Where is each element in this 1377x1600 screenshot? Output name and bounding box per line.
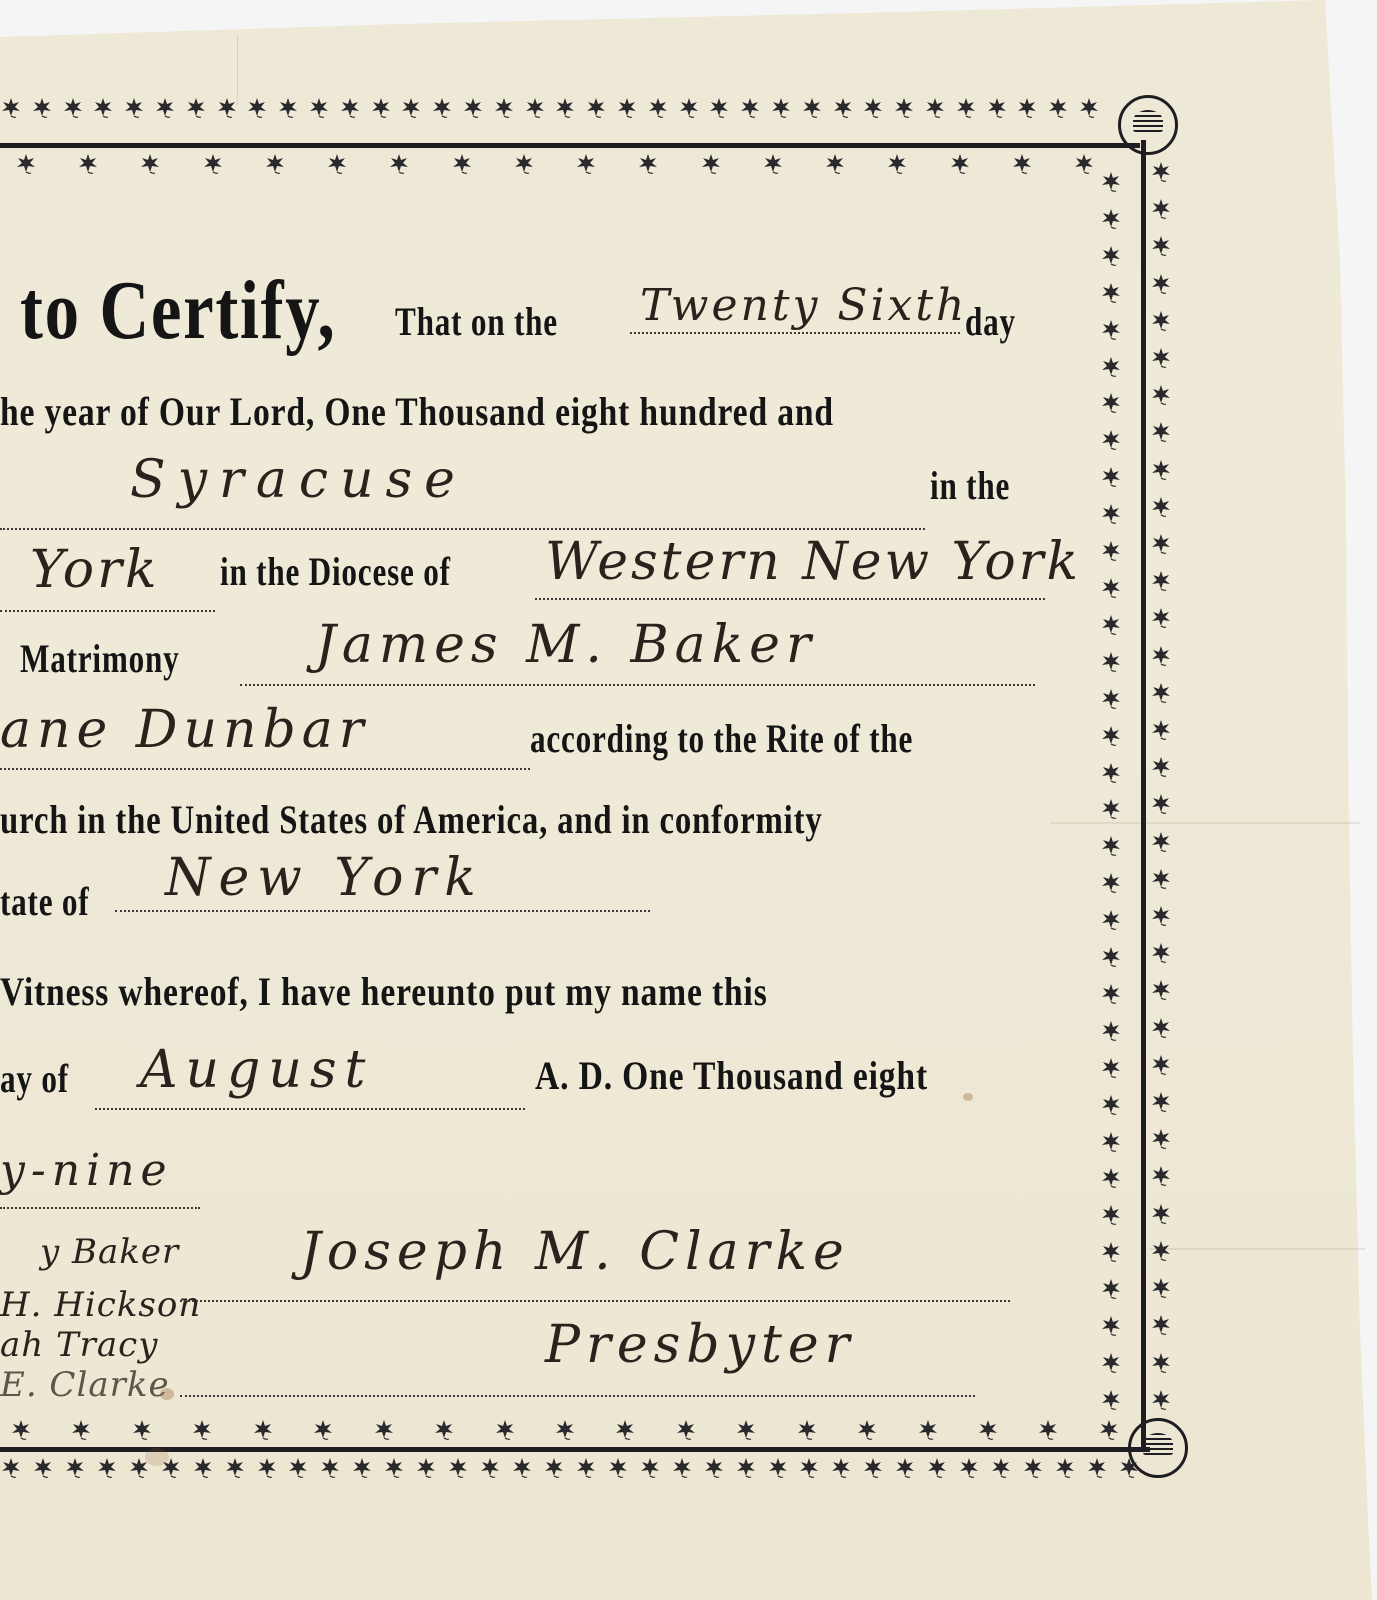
ivy-leaf-icon [216, 96, 238, 118]
ivy-leaf-icon [830, 1456, 852, 1478]
ivy-leaf-icon [893, 96, 915, 118]
ivy-leaf-icon [894, 1456, 916, 1478]
witness-signature: H. Hickson [0, 1285, 201, 1325]
fill-line [115, 910, 650, 912]
ivy-leaf-icon [1100, 613, 1122, 635]
ivy-leaf-icon [308, 96, 330, 118]
ivy-leaf-icon [678, 96, 700, 118]
ivy-leaf-icon [1100, 1019, 1122, 1041]
ivy-leaf-icon [1100, 170, 1122, 192]
fill-line [95, 1108, 525, 1110]
ivy-leaf-icon [192, 1456, 214, 1478]
ivy-leaf-icon [373, 1418, 395, 1440]
ivy-leaf-icon [433, 1418, 455, 1440]
printed-text: That on the [395, 298, 558, 345]
ivy-leaf-icon [1100, 687, 1122, 709]
ivy-leaf-icon [493, 96, 515, 118]
ivy-leaf-icon [924, 96, 946, 118]
ivy-leaf-icon [400, 96, 422, 118]
ivy-leaf-icon [1150, 346, 1172, 368]
ivy-leaf-row [0, 96, 1100, 118]
printed-text: he year of Our Lord, One Thousand eight … [0, 388, 834, 435]
ivy-leaf-icon [614, 1418, 636, 1440]
ivy-leaf-icon [1100, 797, 1122, 819]
ivy-leaf-icon [1100, 1093, 1122, 1115]
paper-stain [145, 1448, 169, 1466]
fill-line [0, 610, 215, 612]
ivy-leaf-icon [543, 1456, 565, 1478]
ivy-leaf-icon [862, 96, 884, 118]
ivy-leaf-icon [770, 96, 792, 118]
ivy-leaf-icon [949, 152, 971, 174]
ivy-leaf-icon [1150, 1202, 1172, 1224]
handwritten-state-part: York [30, 540, 159, 600]
ivy-leaf-icon [1100, 576, 1122, 598]
ivy-leaf-icon [700, 152, 722, 174]
ivy-leaf-icon [671, 1456, 693, 1478]
ivy-leaf-icon [1016, 96, 1038, 118]
ivy-leaf-icon [1150, 792, 1172, 814]
ivy-leaf-icon [554, 96, 576, 118]
ivy-leaf-icon [139, 152, 161, 174]
handwritten-state: New York [165, 848, 484, 908]
printed-text: according to the Rite of the [530, 715, 913, 762]
ivy-leaf-row [15, 152, 1095, 174]
ivy-leaf-icon [824, 152, 846, 174]
ivy-leaf-icon [383, 1456, 405, 1478]
ivy-leaf-icon [735, 1456, 757, 1478]
ivy-leaf-icon [1100, 724, 1122, 746]
printed-text: tate of [0, 878, 89, 925]
ivy-leaf-icon [1100, 539, 1122, 561]
ivy-leaf-icon [798, 1456, 820, 1478]
printed-text: in the [930, 462, 1010, 509]
signature-line [180, 1300, 1010, 1302]
ivy-leaf-icon [264, 152, 286, 174]
certify-heading: to Certify, [20, 262, 336, 359]
fill-line [0, 768, 530, 770]
ivy-leaf-icon [202, 152, 224, 174]
ivy-leaf-icon [1100, 244, 1122, 266]
ivy-leaf-icon [62, 96, 84, 118]
ivy-leaf-icon [1100, 982, 1122, 1004]
ivy-leaf-icon [10, 1418, 32, 1440]
ivy-leaf-row [0, 1456, 1140, 1478]
ivy-leaf-icon [224, 1456, 246, 1478]
ivy-leaf-icon [447, 1456, 469, 1478]
ivy-leaf-icon [1100, 1388, 1122, 1410]
ivy-leaf-icon [1100, 391, 1122, 413]
ivy-leaf-icon [675, 1418, 697, 1440]
fill-line [0, 528, 925, 530]
ivy-leaf-icon [1100, 908, 1122, 930]
ivy-leaf-icon [1150, 1351, 1172, 1373]
ivy-leaf-icon [1100, 945, 1122, 967]
paper-stain [963, 1093, 973, 1101]
ivy-leaf-icon [31, 96, 53, 118]
corner-ornament-icon [1118, 95, 1178, 155]
ivy-leaf-icon [370, 96, 392, 118]
ivy-leaf-icon [131, 1418, 153, 1440]
ivy-leaf-icon [1054, 1456, 1076, 1478]
ivy-leaf-icon [1073, 152, 1095, 174]
fill-line [630, 332, 960, 334]
ivy-leaf-icon [955, 96, 977, 118]
ivy-leaf-icon [986, 96, 1008, 118]
fill-line [0, 1207, 200, 1209]
ivy-leaf-icon [1150, 1313, 1172, 1335]
printed-text: in the Diocese of [220, 548, 451, 595]
witness-signature: E. Clarke [0, 1365, 170, 1405]
ivy-leaf-icon [1150, 458, 1172, 480]
ivy-leaf-icon [388, 152, 410, 174]
ivy-leaf-icon [856, 1418, 878, 1440]
ivy-leaf-icon [832, 96, 854, 118]
ivy-leaf-icon [96, 1456, 118, 1478]
officiant-title: Presbyter [545, 1315, 856, 1375]
ivy-leaf-icon [607, 1456, 629, 1478]
ivy-leaf-icon [185, 96, 207, 118]
ivy-leaf-icon [1100, 502, 1122, 524]
ivy-leaf-icon [15, 152, 37, 174]
ivy-leaf-icon [1150, 978, 1172, 1000]
handwritten-year: y-nine [0, 1145, 173, 1196]
ivy-leaf-icon [1150, 681, 1172, 703]
ivy-leaf-icon [575, 152, 597, 174]
ivy-leaf-icon [256, 1456, 278, 1478]
ivy-leaf-icon [1150, 420, 1172, 442]
ivy-leaf-icon [1150, 1388, 1172, 1410]
ivy-leaf-icon [1100, 1240, 1122, 1262]
ivy-leaf-icon [703, 1456, 725, 1478]
ivy-leaf-icon [154, 96, 176, 118]
ivy-leaf-icon [585, 96, 607, 118]
handwritten-groom-name: James M. Baker [315, 615, 817, 675]
handwritten-bride-name: ane Dunbar [0, 700, 370, 760]
ivy-leaf-icon [1150, 1239, 1172, 1261]
ivy-leaf-icon [1100, 1130, 1122, 1152]
ivy-leaf-icon [886, 152, 908, 174]
ivy-leaf-icon [1150, 830, 1172, 852]
ivy-leaf-column [1100, 170, 1122, 1410]
fill-line [240, 684, 1035, 686]
ivy-leaf-icon [1150, 532, 1172, 554]
ivy-leaf-icon [479, 1456, 501, 1478]
handwritten-diocese: Western New York [545, 532, 1081, 592]
ivy-leaf-icon [1100, 281, 1122, 303]
paper-fold [1150, 1248, 1365, 1250]
ivy-leaf-icon [554, 1418, 576, 1440]
border-line-right [1141, 140, 1146, 1452]
handwritten-day: Twenty Sixth [640, 280, 967, 331]
ivy-leaf-icon [1100, 318, 1122, 340]
ivy-leaf-row [10, 1418, 1120, 1440]
ivy-leaf-icon [1037, 1418, 1059, 1440]
ivy-leaf-icon [1100, 871, 1122, 893]
ivy-leaf-icon [92, 96, 114, 118]
printed-text: Vitness whereof, I have hereunto put my … [0, 968, 768, 1015]
ivy-leaf-icon [1150, 1016, 1172, 1038]
printed-text: urch in the United States of America, an… [0, 796, 823, 843]
ivy-leaf-icon [801, 96, 823, 118]
ivy-leaf-icon [339, 96, 361, 118]
paper-fold [1050, 822, 1360, 824]
ivy-leaf-icon [1100, 355, 1122, 377]
ivy-leaf-icon [252, 1418, 274, 1440]
ivy-leaf-icon [191, 1418, 213, 1440]
ivy-leaf-icon [1022, 1456, 1044, 1478]
border-line-top [0, 143, 1140, 148]
ivy-leaf-column [1150, 160, 1172, 1410]
ivy-leaf-icon [415, 1456, 437, 1478]
ivy-leaf-icon [739, 96, 761, 118]
ivy-leaf-icon [762, 152, 784, 174]
ivy-leaf-icon [990, 1456, 1012, 1478]
ivy-leaf-icon [767, 1456, 789, 1478]
ivy-leaf-icon [1098, 1418, 1120, 1440]
ivy-leaf-icon [1150, 1276, 1172, 1298]
ivy-leaf-icon [431, 96, 453, 118]
officiant-signature: Joseph M. Clarke [300, 1222, 850, 1282]
ivy-leaf-icon [1047, 96, 1069, 118]
fill-line [535, 598, 1045, 600]
ivy-leaf-icon [917, 1418, 939, 1440]
ivy-leaf-icon [926, 1456, 948, 1478]
ivy-leaf-icon [1100, 834, 1122, 856]
ivy-leaf-icon [77, 152, 99, 174]
ivy-leaf-icon [0, 1456, 22, 1478]
ivy-leaf-icon [0, 96, 22, 118]
ivy-leaf-icon [616, 96, 638, 118]
ivy-leaf-icon [1150, 1127, 1172, 1149]
signature-line [180, 1395, 975, 1397]
ivy-leaf-icon [1100, 1314, 1122, 1336]
witness-signature: y Baker [40, 1232, 179, 1272]
ivy-leaf-icon [1150, 272, 1172, 294]
printed-text: Matrimony [20, 635, 180, 682]
border-line-bottom [0, 1447, 1150, 1452]
ivy-leaf-icon [862, 1456, 884, 1478]
ivy-leaf-icon [326, 152, 348, 174]
ivy-leaf-icon [796, 1418, 818, 1440]
ivy-leaf-icon [1150, 160, 1172, 182]
ivy-leaf-icon [1100, 428, 1122, 450]
ivy-leaf-icon [1100, 1166, 1122, 1188]
printed-text: day [965, 298, 1016, 345]
handwritten-month: August [140, 1040, 373, 1100]
ivy-leaf-icon [1150, 309, 1172, 331]
ivy-leaf-icon [1100, 650, 1122, 672]
printed-text: ay of [0, 1055, 69, 1102]
ivy-leaf-icon [1150, 755, 1172, 777]
ivy-leaf-icon [1150, 1053, 1172, 1075]
ivy-leaf-icon [351, 1456, 373, 1478]
ivy-leaf-icon [1150, 569, 1172, 591]
ivy-leaf-icon [735, 1418, 757, 1440]
ivy-leaf-icon [462, 96, 484, 118]
ivy-leaf-icon [575, 1456, 597, 1478]
ivy-leaf-icon [647, 96, 669, 118]
ivy-leaf-icon [1100, 1203, 1122, 1225]
ivy-leaf-icon [1086, 1456, 1108, 1478]
paper-stain [160, 1388, 174, 1400]
witness-signature: ah Tracy [0, 1325, 158, 1365]
ivy-leaf-icon [1150, 1164, 1172, 1186]
ivy-leaf-icon [1150, 718, 1172, 740]
ivy-leaf-icon [1100, 465, 1122, 487]
ivy-leaf-icon [1100, 207, 1122, 229]
ivy-leaf-icon [277, 96, 299, 118]
ivy-leaf-icon [1150, 234, 1172, 256]
ivy-leaf-icon [1150, 1090, 1172, 1112]
ivy-leaf-icon [524, 96, 546, 118]
ivy-leaf-icon [1150, 904, 1172, 926]
paper-crease [237, 35, 238, 105]
ivy-leaf-icon [1100, 1277, 1122, 1299]
ivy-leaf-icon [1150, 941, 1172, 963]
ivy-leaf-icon [511, 1456, 533, 1478]
ivy-leaf-icon [1100, 1056, 1122, 1078]
ivy-leaf-icon [1150, 383, 1172, 405]
ivy-leaf-icon [977, 1418, 999, 1440]
ivy-leaf-icon [1150, 867, 1172, 889]
ivy-leaf-icon [708, 96, 730, 118]
ivy-leaf-icon [123, 96, 145, 118]
ivy-leaf-icon [1011, 152, 1033, 174]
ivy-leaf-icon [1100, 1351, 1122, 1373]
ivy-leaf-icon [637, 152, 659, 174]
ivy-leaf-icon [319, 1456, 341, 1478]
ivy-leaf-icon [639, 1456, 661, 1478]
ivy-leaf-icon [32, 1456, 54, 1478]
ivy-leaf-icon [494, 1418, 516, 1440]
ivy-leaf-icon [1078, 96, 1100, 118]
printed-text: A. D. One Thousand eight [535, 1052, 928, 1099]
ivy-leaf-icon [513, 152, 535, 174]
ivy-leaf-icon [451, 152, 473, 174]
ivy-leaf-icon [1100, 761, 1122, 783]
ivy-leaf-icon [1150, 644, 1172, 666]
ivy-leaf-icon [1150, 197, 1172, 219]
ivy-leaf-icon [64, 1456, 86, 1478]
ivy-leaf-icon [70, 1418, 92, 1440]
ivy-leaf-icon [1150, 606, 1172, 628]
ivy-leaf-icon [1150, 495, 1172, 517]
ivy-leaf-icon [312, 1418, 334, 1440]
handwritten-city: Syracuse [130, 450, 467, 510]
ivy-leaf-icon [287, 1456, 309, 1478]
ivy-leaf-icon [246, 96, 268, 118]
ivy-leaf-icon [958, 1456, 980, 1478]
ivy-leaf-icon [1118, 1456, 1140, 1478]
